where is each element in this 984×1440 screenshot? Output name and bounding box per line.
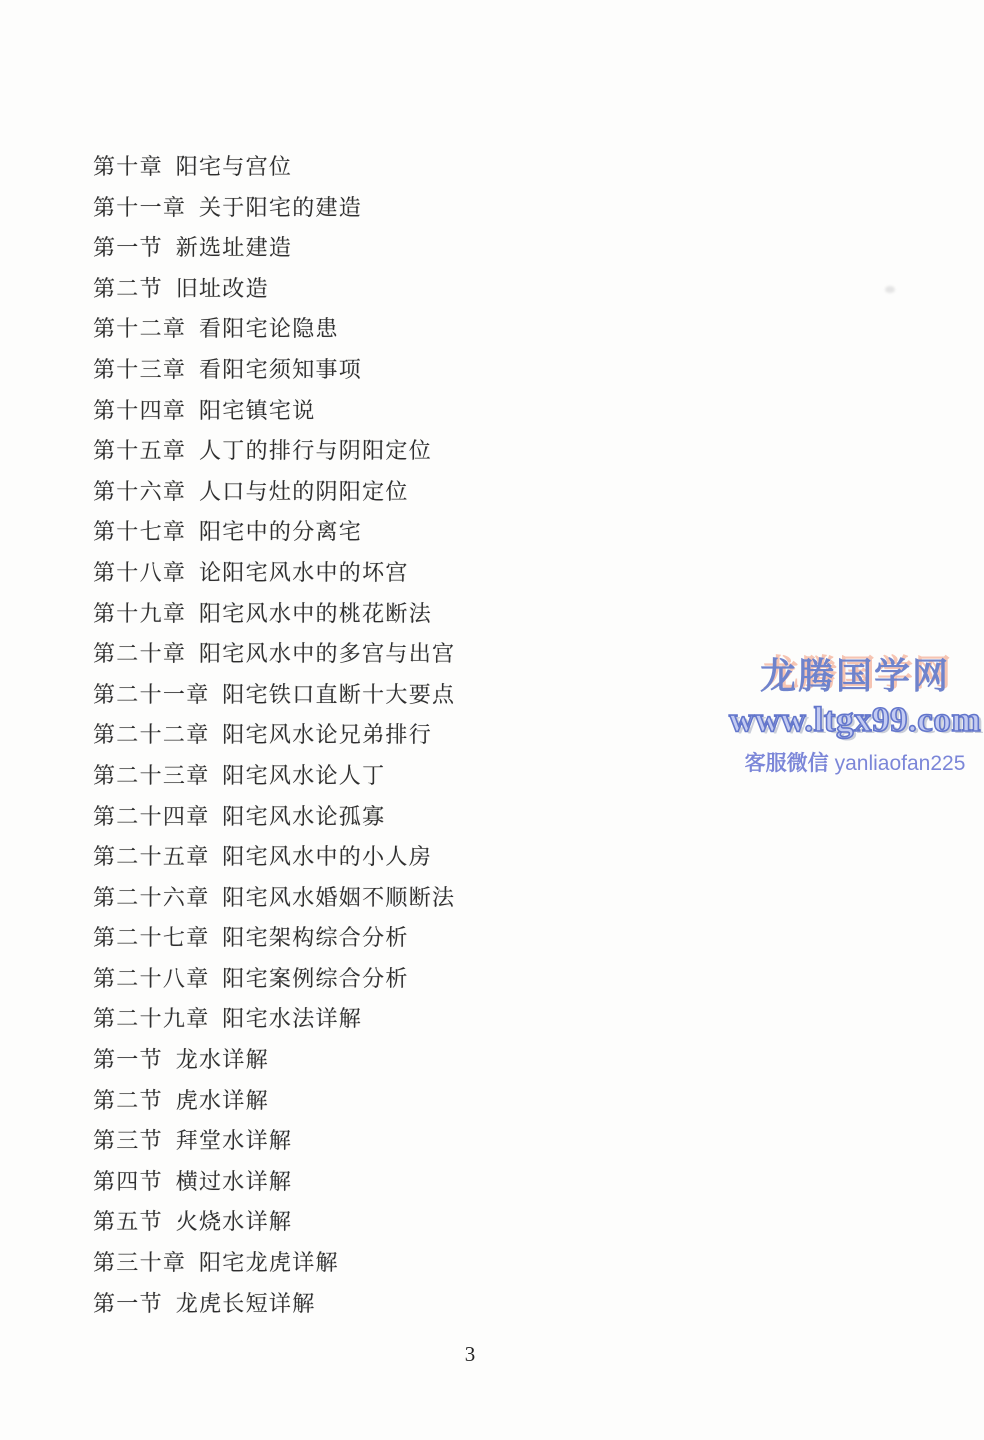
toc-line: 第十三章 看阳宅须知事项 [93,350,793,391]
toc-line: 第十四章 阳宅镇宅说 [93,391,793,432]
toc-line: 第二十七章 阳宅架构综合分析 [93,918,793,959]
toc-line: 第二十章 阳宅风水中的多宫与出宫 [93,634,793,675]
toc-line: 第二十四章 阳宅风水论孤寡 [93,797,793,838]
toc-line: 第十章 阳宅与宫位 [93,147,793,188]
toc-line: 第十六章 人口与灶的阴阳定位 [93,472,793,513]
toc-line: 第二十一章 阳宅铁口直断十大要点 [93,675,793,716]
toc-line: 第五节 火烧水详解 [93,1202,793,1243]
toc-line: 第一节 龙水详解 [93,1040,793,1081]
toc-line: 第一节 新选址建造 [93,228,793,269]
table-of-contents: 第十章 阳宅与宫位第十一章 关于阳宅的建造第一节 新选址建造第二节 旧址改造第十… [93,147,793,1324]
toc-line: 第二十三章 阳宅风水论人丁 [93,756,793,797]
scan-artifact-speck [885,286,895,293]
toc-line: 第三十章 阳宅龙虎详解 [93,1243,793,1284]
toc-line: 第二十八章 阳宅案例综合分析 [93,959,793,1000]
toc-line: 第十九章 阳宅风水中的桃花断法 [93,594,793,635]
toc-line: 第二十二章 阳宅风水论兄弟排行 [93,715,793,756]
toc-line: 第二节 旧址改造 [93,269,793,310]
toc-line: 第二十五章 阳宅风水中的小人房 [93,837,793,878]
watermark-contact-value: yanliaofan225 [835,752,966,775]
toc-line: 第四节 横过水详解 [93,1162,793,1203]
toc-line: 第十五章 人丁的排行与阴阳定位 [93,431,793,472]
toc-line: 第十八章 论阳宅风水中的坏宫 [93,553,793,594]
toc-line: 第十七章 阳宅中的分离宅 [93,512,793,553]
toc-line: 第二节 虎水详解 [93,1081,793,1122]
toc-line: 第十一章 关于阳宅的建造 [93,188,793,229]
page-number: 3 [380,1342,560,1367]
document-page: 第十章 阳宅与宫位第十一章 关于阳宅的建造第一节 新选址建造第二节 旧址改造第十… [0,0,984,1440]
toc-line: 第三节 拜堂水详解 [93,1121,793,1162]
toc-line: 第一节 龙虎长短详解 [93,1284,793,1325]
toc-line: 第二十六章 阳宅风水婚姻不顺断法 [93,878,793,919]
toc-line: 第十二章 看阳宅论隐患 [93,309,793,350]
toc-line: 第二十九章 阳宅水法详解 [93,999,793,1040]
